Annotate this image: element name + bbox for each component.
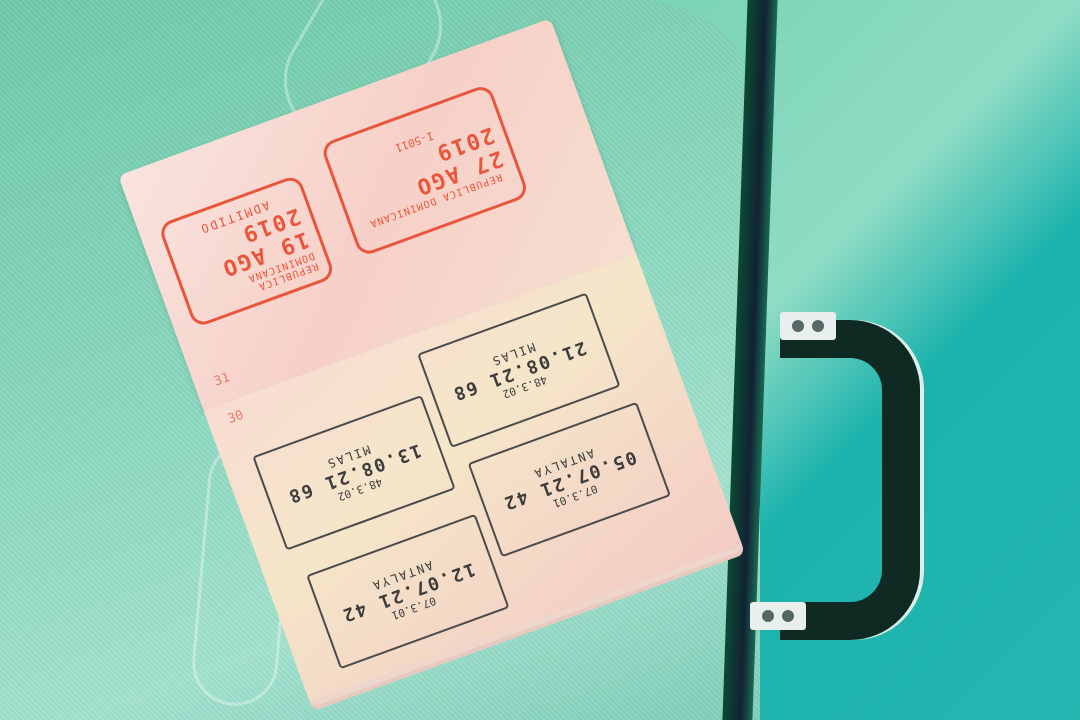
stamp-salida: REPUBLICA DOMINICANA 27 AGO 2019 I-5011 <box>320 83 530 257</box>
stamp-milas-entry: 48.3.02 13.08.21 68 MILAS <box>252 395 455 551</box>
suitcase-handle <box>760 310 920 650</box>
page-number: 31 <box>212 370 232 389</box>
handle-clip-top <box>780 312 836 340</box>
page-number: 30 <box>226 408 246 427</box>
handle-grip <box>780 320 920 640</box>
handle-clip-bottom <box>750 602 806 630</box>
stamp-admitido: REPUBLICA DOMINICANA 19 AGO 2019 ADMITID… <box>157 174 336 329</box>
